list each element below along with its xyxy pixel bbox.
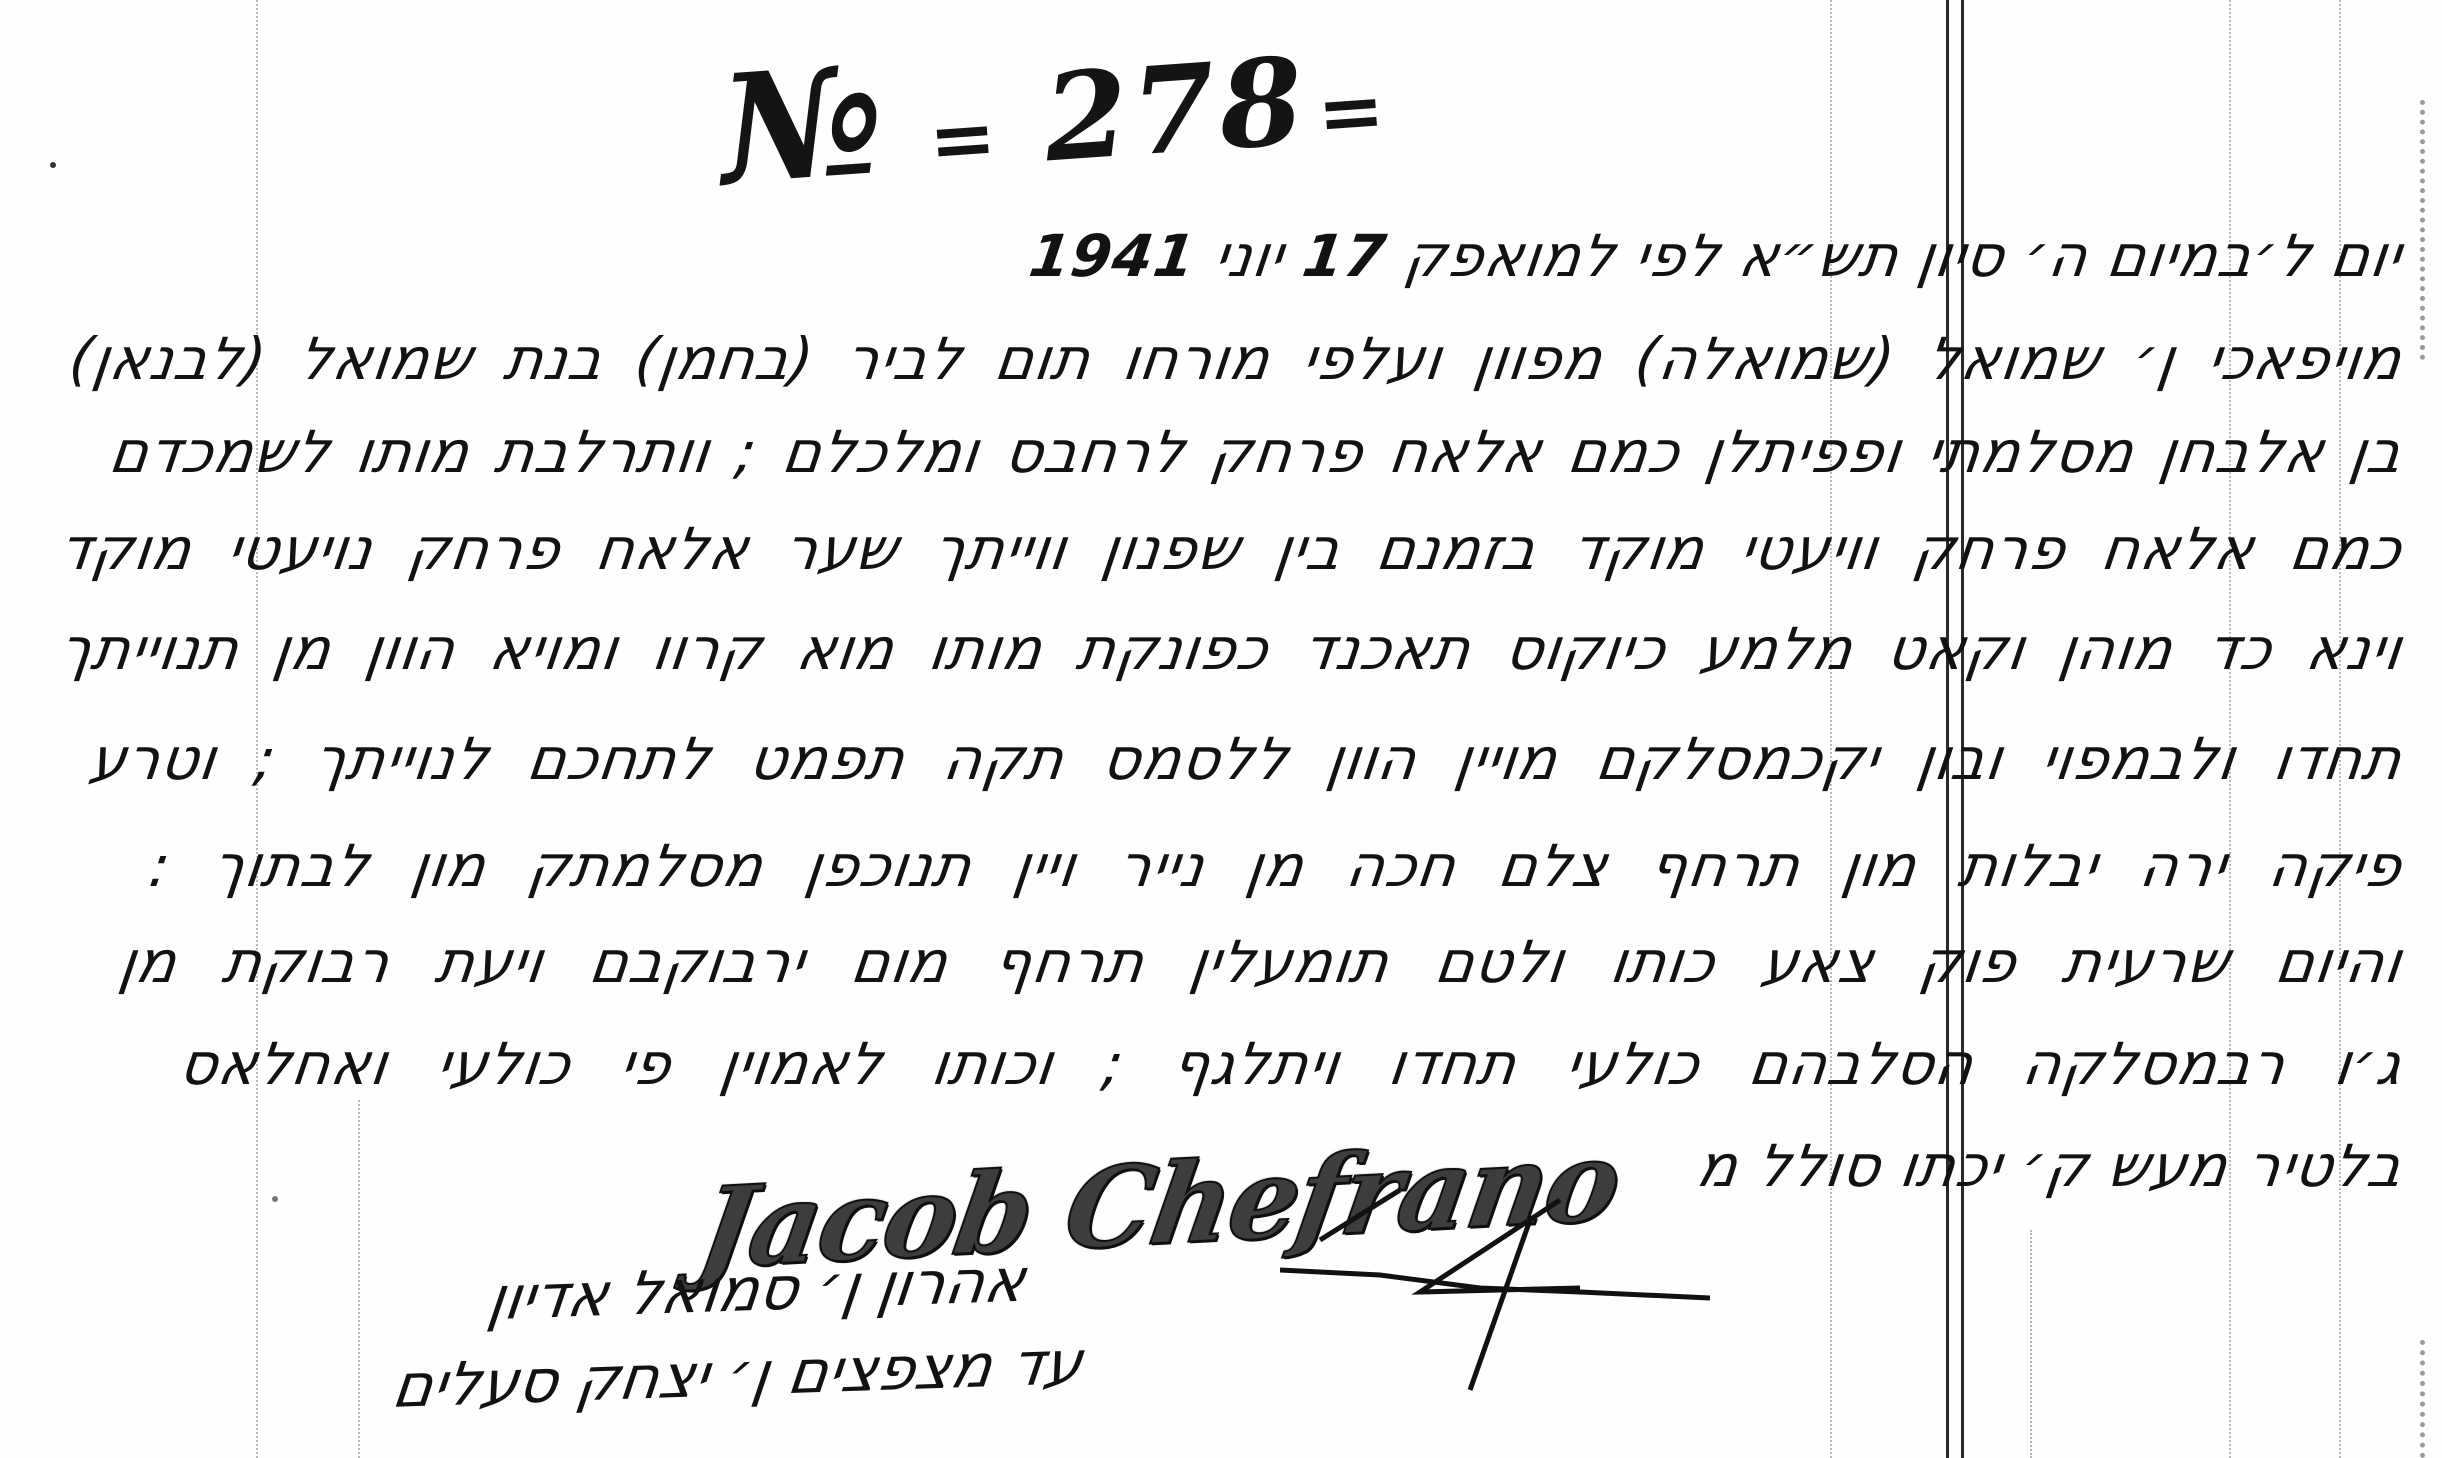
ruling-line-dotted	[358, 1100, 360, 1458]
number-underline-mark: =	[926, 89, 1003, 188]
witness-line: עד מצפצים ן׳ יצחק סעלים	[388, 1328, 1087, 1422]
date-line: יום ל׳במיום ה׳ סיון תש״א לפי למואפק 17 י…	[1026, 222, 2407, 290]
body-line: והיום שרעית פוק צאע כותו ולטם תומעלין תר…	[115, 928, 2407, 996]
ruling-line-dotted	[2030, 1230, 2032, 1458]
number-sign: №	[715, 32, 894, 219]
date-month: יוני	[1210, 222, 1289, 290]
date-day: 17	[1299, 222, 1391, 290]
scan-edge-speckle	[2420, 100, 2425, 360]
signature-flourish-icon	[1280, 1180, 1730, 1410]
stray-ink-mark	[272, 1196, 278, 1202]
date-line-text: יום ל׳במיום ה׳ סיון תש״א לפי למואפק	[1401, 222, 2407, 290]
body-line: כמם אלאח פרחק וויעטי מוקד בזמנם בין שפנו…	[55, 515, 2407, 583]
body-line: בן אלבחן מסלמתי ופפיתלן כמם אלאח פרחק לר…	[105, 418, 2407, 486]
document-number-value: 278	[1040, 31, 1312, 190]
number-trailing-mark: =	[1314, 62, 1391, 161]
body-line: תחדו ולבמפוי ובון יקכמסלקם מויין הוון לל…	[85, 725, 2407, 793]
closing-line: בלטיר מעש ק׳ יכתו סולל מ	[1693, 1132, 2407, 1200]
document-number: №= 278=	[715, 0, 1393, 219]
body-line: ג׳ו רבמסלקה הסלבהם כולעי תחדו ויתלגף ; ו…	[175, 1030, 2407, 1098]
scan-edge-speckle	[2420, 1340, 2425, 1458]
body-line: פיקה ירה יבלות מון תרחף צלם חכה מן נייר …	[145, 832, 2407, 900]
date-year: 1941	[1026, 222, 1201, 290]
body-line: וינא כד מוהן וקאט מלמע כיוקוס תאכנד כפונ…	[55, 615, 2407, 683]
body-line: מויפאכי ן׳ שמואל (שמואלה) מפוון ועלפי מו…	[65, 325, 2407, 393]
witness-line: אהרון ן׳ סמואל אדיון	[484, 1246, 1030, 1335]
scanned-document-page: №= 278= יום ל׳במיום ה׳ סיון תש״א לפי למו…	[0, 0, 2442, 1458]
stray-ink-mark	[50, 162, 56, 168]
